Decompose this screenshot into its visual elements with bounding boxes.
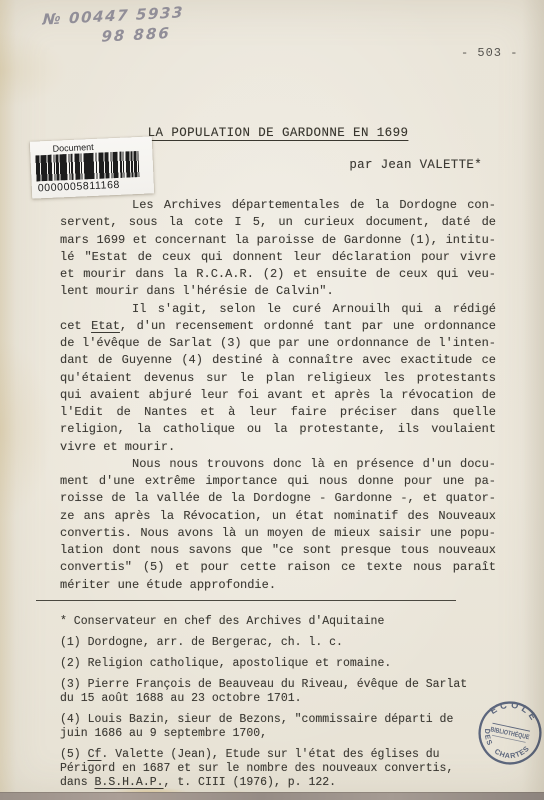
svg-text:ECOLE: ECOLE	[487, 695, 543, 726]
handwritten-accession-number: № 00447 5933 98 886	[41, 2, 185, 50]
footnote: (4) Louis Bazin, sieur de Bezons, "commi…	[60, 713, 502, 741]
text-line: lation dont nous savons que "ce sont pre…	[60, 542, 496, 559]
text-line: qu'étaient devenus sur le plan religieux…	[60, 370, 496, 387]
text-line: ze ans après la Révocation, un état nomi…	[60, 508, 496, 525]
text-line: juin 1686 au 9 septembre 1700,	[60, 727, 502, 741]
text-line: lé "Estat de ceux qui donnent leur décla…	[60, 249, 496, 266]
text-line: mars 1699 et concernant la paroisse de G…	[60, 232, 496, 249]
text-line: Nous nous trouvons donc là en présence d…	[60, 456, 496, 473]
text-line: (1) Dordogne, arr. de Bergerac, ch. l. c…	[60, 636, 502, 650]
footnotes: * Conservateur en chef des Archives d'Aq…	[60, 615, 502, 797]
text-line: lent mourir dans l'hérésie de Calvin".	[60, 283, 496, 300]
library-stamp-icon: ECOLE DES CHARTES BIBLIOTHÈQUE	[471, 694, 544, 772]
paragraph: Nous nous trouvons donc là en présence d…	[60, 456, 496, 594]
text-line: Les Archives départementales de la Dordo…	[60, 197, 496, 214]
text-line: cet Etat, d'un recensement ordonné tant …	[60, 318, 496, 335]
article-byline: par Jean VALETTE*	[60, 158, 496, 172]
text-line: (2) Religion catholique, apostolique et …	[60, 657, 502, 671]
text-line: dans B.S.H.A.P., t. CIII (1976), p. 122.	[60, 776, 502, 790]
text-line: convertis" (5) et pour cette raison ce t…	[60, 559, 496, 576]
paragraph: Les Archives départementales de la Dordo…	[60, 197, 496, 301]
page-number: - 503 -	[461, 46, 518, 60]
text-line: vivre et mourir.	[60, 439, 496, 456]
text-line: religion, la catholique ou la protestant…	[60, 421, 496, 438]
text-line: ment d'une extrême importance qui nous d…	[60, 473, 496, 490]
footnote: (5) Cf. Valette (Jean), Etude sur l'état…	[60, 748, 502, 790]
footnote: (1) Dordogne, arr. de Bergerac, ch. l. c…	[60, 636, 502, 650]
text-line: et mourir dans la R.C.A.R. (2) et ensuit…	[60, 266, 496, 283]
text-line: (3) Pierre François de Beauveau du Rivea…	[60, 678, 502, 692]
text-line: dant de Guyenne (4) destiné à connaître …	[60, 352, 496, 369]
text-line: du 15 août 1688 au 23 octobre 1701.	[60, 692, 502, 706]
text-line: servent, sous la cote I 5, un curieux do…	[60, 214, 496, 231]
text-line: (4) Louis Bazin, sieur de Bezons, "commi…	[60, 713, 502, 727]
text-line: mériter une étude approfondie.	[60, 577, 496, 594]
text-line: de l'évêque de Sarlat (3) que par une or…	[60, 335, 496, 352]
handwritten-line-2: 98 886	[101, 22, 184, 46]
stamp-text-top: ECOLE	[487, 695, 543, 726]
text-line: convertis. Nous avons là un moyen de mie…	[60, 525, 496, 542]
footnote-separator-line	[36, 600, 456, 601]
scanned-document-page: № 00447 5933 98 886 - 503 - LA POPULATIO…	[0, 0, 544, 800]
text-line: * Conservateur en chef des Archives d'Aq…	[60, 615, 502, 629]
scan-bottom-edge	[0, 792, 544, 800]
text-line: qui avaient abjuré leur foi avant et apr…	[60, 387, 496, 404]
text-line: Périgord en 1687 et sur le nombre des no…	[60, 762, 502, 776]
paragraph: Il s'agit, selon le curé Arnouilh qui a …	[60, 301, 496, 456]
text-line: (5) Cf. Valette (Jean), Etude sur l'état…	[60, 748, 502, 762]
text-line: l'Edit de Nantes et à leur faire précise…	[60, 404, 496, 421]
text-line: roisse de la vallée de la Dordogne - Gar…	[60, 490, 496, 507]
footnote: (3) Pierre François de Beauveau du Rivea…	[60, 678, 502, 706]
text-line: Il s'agit, selon le curé Arnouilh qui a …	[60, 301, 496, 318]
footnote: (2) Religion catholique, apostolique et …	[60, 657, 502, 671]
article-body: Les Archives départementales de la Dordo…	[60, 197, 496, 594]
footnote: * Conservateur en chef des Archives d'Aq…	[60, 615, 502, 629]
